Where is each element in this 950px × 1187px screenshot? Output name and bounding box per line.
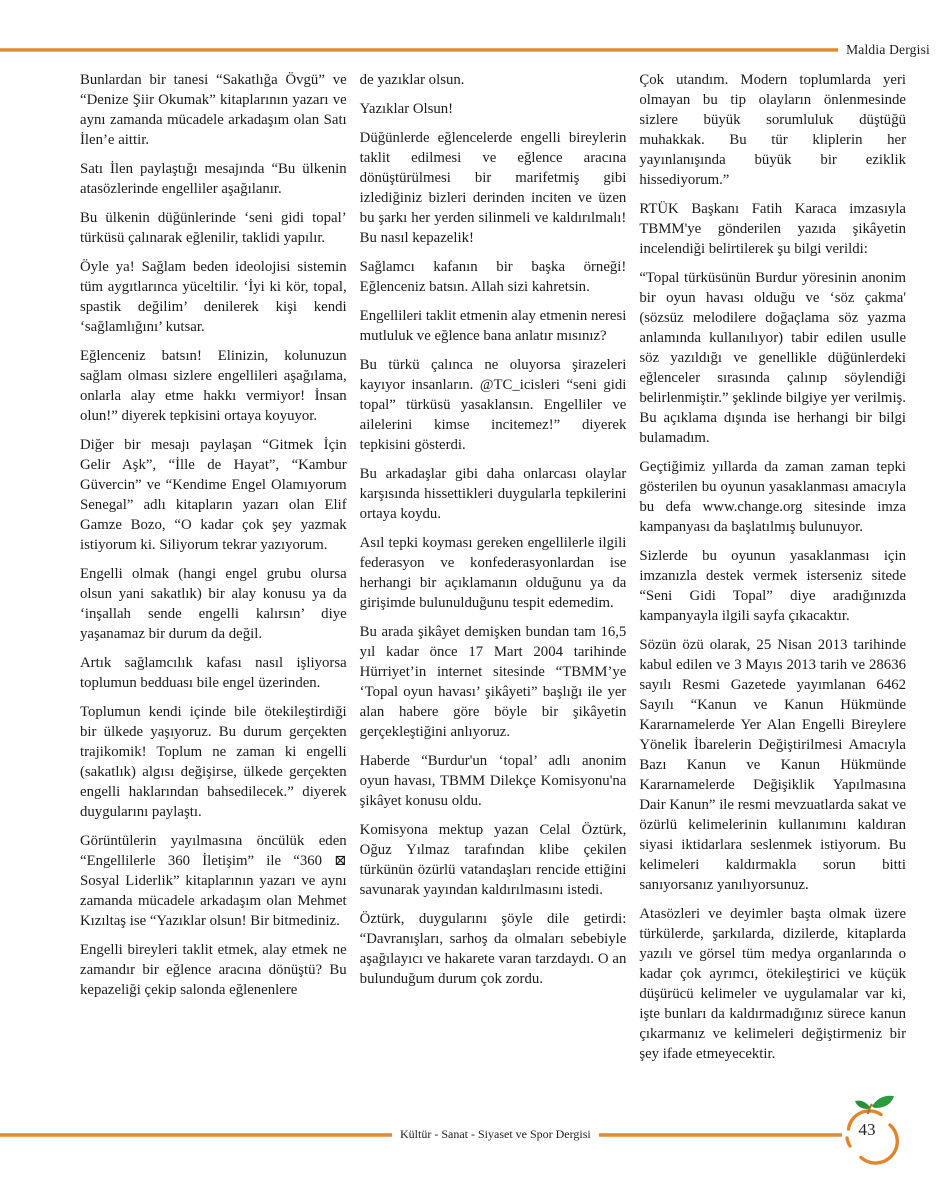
paragraph: Sağlamcı kafanın bir başka örneği! Eğlen… (360, 257, 627, 297)
paragraph: Satı İlen paylaştığı mesajında “Bu ülken… (80, 159, 347, 199)
paragraph: Çok utandım. Modern toplumlarda yeri olm… (639, 70, 906, 190)
paragraph: Artık sağlamcılık kafası nasıl işliyorsa… (80, 653, 347, 693)
paragraph: Engelli olmak (hangi engel grubu olursa … (80, 564, 347, 644)
footer-rule-left (0, 1133, 392, 1137)
paragraph: Öztürk, duygularını şöyle dile getirdi: … (360, 909, 627, 989)
paragraph: Bu arkadaşlar gibi daha onlarcası olayla… (360, 464, 627, 524)
paragraph: Komisyona mektup yazan Celal Öztürk, Oğu… (360, 820, 627, 900)
paragraph: Atasözleri ve deyimler başta olmak üzere… (639, 904, 906, 1064)
column-3: Çok utandım. Modern toplumlarda yeri olm… (639, 70, 906, 1090)
paragraph: Bu türkü çalınca ne oluyorsa şirazeleri … (360, 355, 627, 455)
footer-rule-right (599, 1133, 842, 1137)
paragraph: Sözün özü olarak, 25 Nisan 2013 tarihind… (639, 635, 906, 895)
orange-fruit-logo: 43 (838, 1094, 900, 1166)
paragraph: Engelli bireyleri taklit etmek, alay etm… (80, 940, 347, 1000)
paragraph: Toplumun kendi içinde bile ötekileştirdi… (80, 702, 347, 822)
page-header: Maldia Dergisi (0, 42, 930, 58)
page-footer: Kültür - Sanat - Siyaset ve Spor Dergisi (0, 1127, 842, 1142)
paragraph: Diğer bir mesajı paylaşan “Gitmek İçin G… (80, 435, 347, 555)
paragraph: Yazıklar Olsun! (360, 99, 627, 119)
column-2: de yazıklar olsun. Yazıklar Olsun! Düğün… (360, 70, 627, 1090)
leaf-icon (855, 1096, 894, 1109)
paragraph: Bu arada şikâyet demişken bundan tam 16,… (360, 622, 627, 742)
paragraph: RTÜK Başkanı Fatih Karaca imzasıyla TBMM… (639, 199, 906, 259)
magazine-page: Maldia Dergisi Bunlardan bir tanesi “Sak… (0, 0, 950, 1187)
paragraph: Bu ülkenin düğünlerinde ‘seni gidi topal… (80, 208, 347, 248)
paragraph: Görüntülerin yayılmasına öncülük eden “E… (80, 831, 347, 931)
header-rule (0, 48, 838, 52)
paragraph: Eğlenceniz batsın! Elinizin, kolunuzun s… (80, 346, 347, 426)
magazine-name: Maldia Dergisi (838, 42, 930, 58)
paragraph: Haberde “Burdur'un ‘topal’ adlı anonim o… (360, 751, 627, 811)
paragraph: “Topal türküsünün Burdur yöresinin anoni… (639, 268, 906, 448)
paragraph: Geçtiğimiz yıllarda da zaman zaman tepki… (639, 457, 906, 537)
paragraph: de yazıklar olsun. (360, 70, 627, 90)
paragraph: Bunlardan bir tanesi “Sakatlığa Övgü” ve… (80, 70, 347, 150)
paragraph: Engellileri taklit etmenin alay etmenin … (360, 306, 627, 346)
article-body: Bunlardan bir tanesi “Sakatlığa Övgü” ve… (80, 70, 906, 1090)
paragraph: Düğünlerde eğlencelerde engelli bireyler… (360, 128, 627, 248)
paragraph: Öyle ya! Sağlam beden ideolojisi sistemi… (80, 257, 347, 337)
footer-tagline: Kültür - Sanat - Siyaset ve Spor Dergisi (392, 1127, 599, 1142)
paragraph: Asıl tepki koyması gereken engellilerle … (360, 533, 627, 613)
column-1: Bunlardan bir tanesi “Sakatlığa Övgü” ve… (80, 70, 347, 1090)
paragraph: Sizlerde bu oyunun yasaklanması için imz… (639, 546, 906, 626)
page-number: 43 (838, 1120, 896, 1140)
